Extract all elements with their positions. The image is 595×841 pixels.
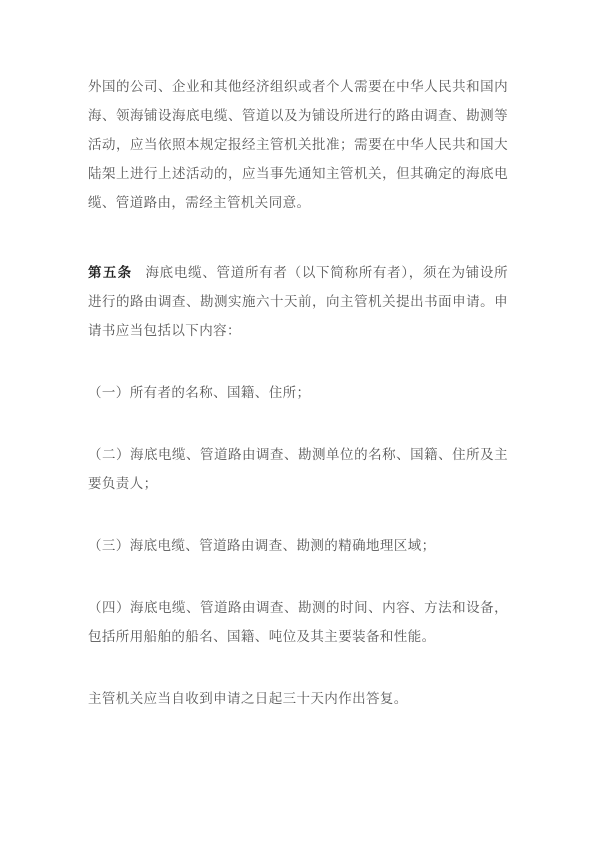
article-text: 海底电缆、管道所有者（以下简称所有者），须在为铺设所进行的路由调查、勘测实施六十… <box>88 265 508 338</box>
list-item-1: （一）所有者的名称、国籍、住所； <box>88 378 508 407</box>
list-item-3: （三）海底电缆、管道路由调查、勘测的精确地理区域； <box>88 531 508 560</box>
paragraph-foreign-entities: 外国的公司、企业和其他经济组织或者个人需要在中华人民共和国内海、领海铺设海底电缆… <box>88 72 508 217</box>
paragraph-article-5: 第五条海底电缆、管道所有者（以下简称所有者），须在为铺设所进行的路由调查、勘测实… <box>88 258 508 345</box>
document-body: 外国的公司、企业和其他经济组织或者个人需要在中华人民共和国内海、领海铺设海底电缆… <box>88 72 508 713</box>
list-item-2: （二）海底电缆、管道路由调查、勘测单位的名称、国籍、住所及主要负责人； <box>88 440 508 498</box>
article-number: 第五条 <box>88 265 132 280</box>
list-item-4: （四）海底电缆、管道路由调查、勘测的时间、内容、方法和设备，包括所用船舶的船名、… <box>88 593 508 651</box>
paragraph-reply-deadline: 主管机关应当自收到申请之日起三十天内作出答复。 <box>88 684 508 713</box>
document-page: 外国的公司、企业和其他经济组织或者个人需要在中华人民共和国内海、领海铺设海底电缆… <box>0 0 595 841</box>
